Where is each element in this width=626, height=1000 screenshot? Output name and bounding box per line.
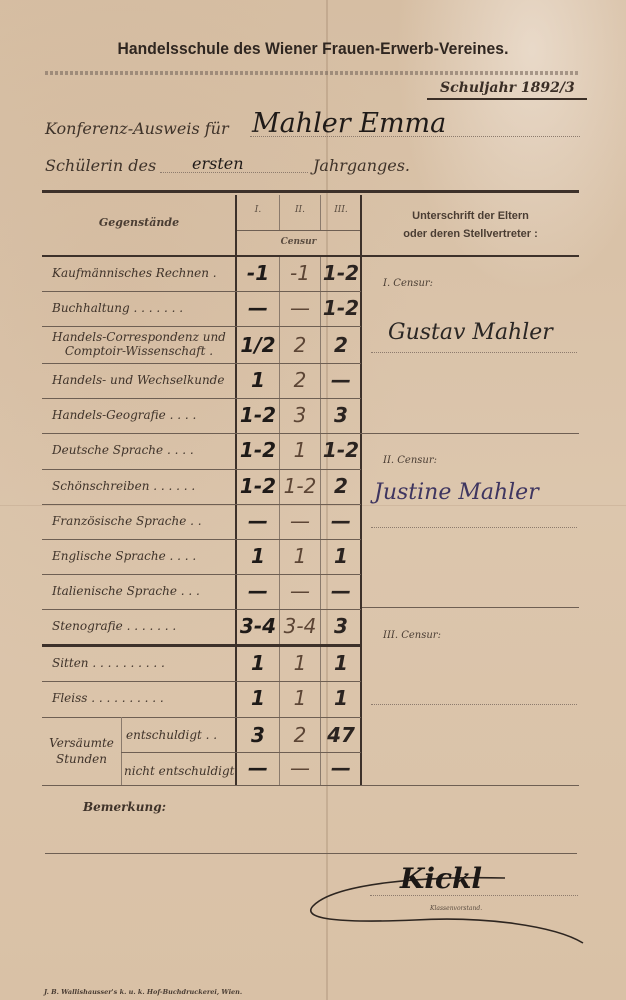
row-line: [362, 607, 579, 608]
table-row: Kaufmännisches Rechnen . -1 -1 1-2: [42, 257, 361, 291]
col-header-3: III.: [320, 205, 362, 215]
school-title: Handelsschule des Wiener Frauen-Erwerb-V…: [25, 39, 601, 59]
table-row: Stenografie . . . . . . . 3-4 3-4 3: [42, 610, 361, 644]
censur-2-dotted-line: [371, 527, 577, 528]
excused-label: entschuldigt . .: [126, 728, 217, 742]
subject-header: Gegenstände: [42, 216, 236, 229]
table-row: Fleiss . . . . . . . . . . 1 1 1: [42, 682, 361, 717]
censur-header: Censur: [236, 237, 361, 247]
col-header-2: II.: [279, 205, 321, 215]
table-row: Buchhaltung . . . . . . . — — 1-2: [42, 292, 361, 326]
class-teacher-dotted-line: [370, 895, 578, 896]
censur-3-dotted-line: [371, 704, 577, 705]
school-year-underline: [427, 98, 587, 100]
table-row: Schönschreiben . . . . . . 1-2 1-2 2: [42, 470, 361, 504]
missed-hours-label: Versäumte Stunden: [42, 735, 121, 767]
unexcused-label: nicht entschuldigt: [124, 764, 235, 778]
missed-hours-row: Versäumte Stunden entschuldigt . . 3 2 4…: [42, 718, 361, 785]
col-header-1: I.: [237, 205, 279, 215]
censur-3-label: III. Censur:: [383, 630, 441, 641]
censur-divider: [237, 230, 361, 231]
censur-1-signature: Gustav Mahler: [388, 320, 553, 345]
table-row: Deutsche Sprache . . . . 1-2 1 1-2: [42, 434, 361, 469]
report-label: Konferenz-Ausweis für: [45, 119, 229, 138]
table-row: Englische Sprache . . . . 1 1 1: [42, 540, 361, 574]
table-row: Sitten . . . . . . . . . . 1 1 1: [42, 647, 361, 681]
table-top-rule: [42, 190, 579, 193]
title-wavy-rule: [45, 71, 580, 75]
table-row: Handels- und Wechselkunde 1 2 —: [42, 364, 361, 398]
table-row: Handels-Correspondenz und Comptoir-Wisse…: [42, 327, 361, 363]
censur-2-signature: Justine Mahler: [374, 480, 539, 505]
printer-imprint: J. B. Wallishausser's k. u. k. Hof-Buchd…: [44, 988, 242, 996]
class-year: ersten: [192, 154, 244, 173]
parents-signature-header: Unterschrift der Eltern oder deren Stell…: [362, 207, 579, 243]
table-row: Französische Sprache . . — — —: [42, 505, 361, 539]
table-row: Handels-Geografie . . . . 1-2 3 3: [42, 399, 361, 433]
table-bottom-rule: [42, 785, 579, 786]
table-row: Italienische Sprache . . . — — —: [42, 575, 361, 609]
remarks-label: Bemerkung:: [83, 800, 166, 814]
school-year: Schuljahr 1892/3: [440, 80, 575, 96]
student-name: Mahler Emma: [252, 108, 446, 139]
class-teacher-signature: Kickl: [400, 862, 482, 895]
class-teacher-label: Klassenvorstand.: [430, 905, 482, 912]
class-prefix: Schülerin des: [45, 156, 156, 175]
censur-2-label: II. Censur:: [383, 455, 437, 466]
class-suffix: Jahrganges.: [313, 156, 410, 175]
remarks-rule: [45, 853, 577, 854]
censur-1-dotted-line: [371, 352, 577, 353]
censur-1-label: I. Censur:: [383, 278, 433, 289]
